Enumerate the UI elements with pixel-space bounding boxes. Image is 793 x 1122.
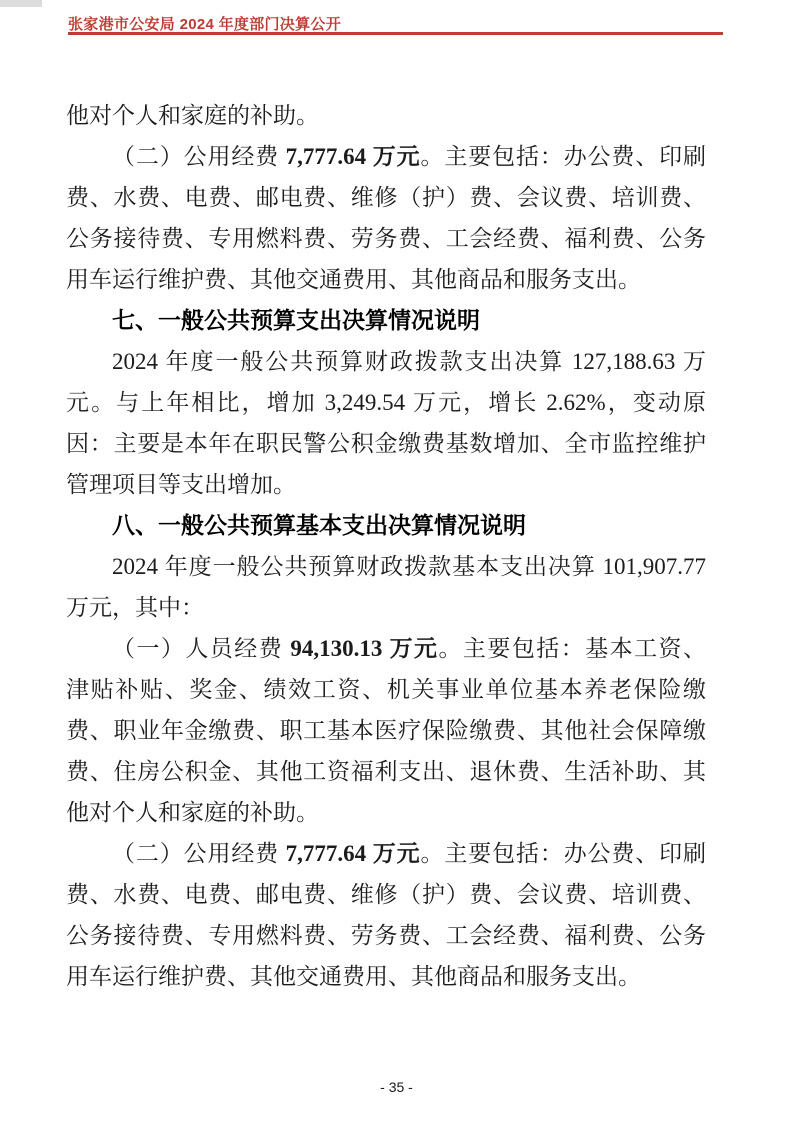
text-line: 2024 年度一般公共预算财政拨款支出决算 127,188.63 万 — [66, 341, 706, 382]
text-segment: 。主要包括：基本工资、 — [438, 636, 706, 661]
text-segment: 。主要包括：办公费、印刷 — [421, 841, 707, 866]
text-line: 公务接待费、专用燃料费、劳务费、工会经费、福利费、公务 — [66, 915, 706, 956]
header-rule — [68, 32, 723, 35]
text-line: 公务接待费、专用燃料费、劳务费、工会经费、福利费、公务 — [66, 218, 706, 259]
amount-value: 7,777.64 万元 — [286, 841, 421, 866]
text-line: 他对个人和家庭的补助。 — [66, 792, 706, 833]
text-line: （二）公用经费 7,777.64 万元。主要包括：办公费、印刷 — [66, 833, 706, 874]
text-line: 费、住房公积金、其他工资福利支出、退休费、生活补助、其 — [66, 751, 706, 792]
text-segment: （二）公用经费 — [112, 841, 286, 866]
section-heading-7: 七、一般公共预算支出决算情况说明 — [66, 300, 706, 341]
text-line: 费、水费、电费、邮电费、维修（护）费、会议费、培训费、 — [66, 177, 706, 218]
document-page: 张家港市公安局 2024 年度部门决算公开 他对个人和家庭的补助。 （二）公用经… — [0, 0, 793, 1122]
text-line: 2024 年度一般公共预算财政拨款基本支出决算 101,907.77 — [66, 546, 706, 587]
text-line: 费、水费、电费、邮电费、维修（护）费、会议费、培训费、 — [66, 874, 706, 915]
text-line: 管理项目等支出增加。 — [66, 464, 706, 505]
document-body: 他对个人和家庭的补助。 （二）公用经费 7,777.64 万元。主要包括：办公费… — [66, 95, 706, 997]
document-header-title: 张家港市公安局 2024 年度部门决算公开 — [68, 13, 341, 34]
text-line: 因：主要是本年在职民警公积金缴费基数增加、全市监控维护 — [66, 423, 706, 464]
text-segment: （二）公用经费 — [112, 144, 286, 169]
text-line: （一）人员经费 94,130.13 万元。主要包括：基本工资、 — [66, 628, 706, 669]
section-heading-8: 八、一般公共预算基本支出决算情况说明 — [66, 505, 706, 546]
text-line: 万元，其中： — [66, 587, 706, 628]
text-line: （二）公用经费 7,777.64 万元。主要包括：办公费、印刷 — [66, 136, 706, 177]
text-line: 用车运行维护费、其他交通费用、其他商品和服务支出。 — [66, 956, 706, 997]
text-segment: 。主要包括：办公费、印刷 — [421, 144, 707, 169]
text-segment: （一）人员经费 — [112, 636, 290, 661]
text-line: 元。与上年相比，增加 3,249.54 万元，增长 2.62%，变动原 — [66, 382, 706, 423]
amount-value: 94,130.13 万元 — [290, 636, 438, 661]
text-line: 用车运行维护费、其他交通费用、其他商品和服务支出。 — [66, 259, 706, 300]
text-line: 他对个人和家庭的补助。 — [66, 95, 706, 136]
page-number: - 35 - — [0, 1079, 793, 1095]
text-line: 津贴补贴、奖金、绩效工资、机关事业单位基本养老保险缴 — [66, 669, 706, 710]
scan-artifact — [0, 0, 42, 7]
text-line: 费、职业年金缴费、职工基本医疗保险缴费、其他社会保障缴 — [66, 710, 706, 751]
amount-value: 7,777.64 万元 — [286, 144, 421, 169]
